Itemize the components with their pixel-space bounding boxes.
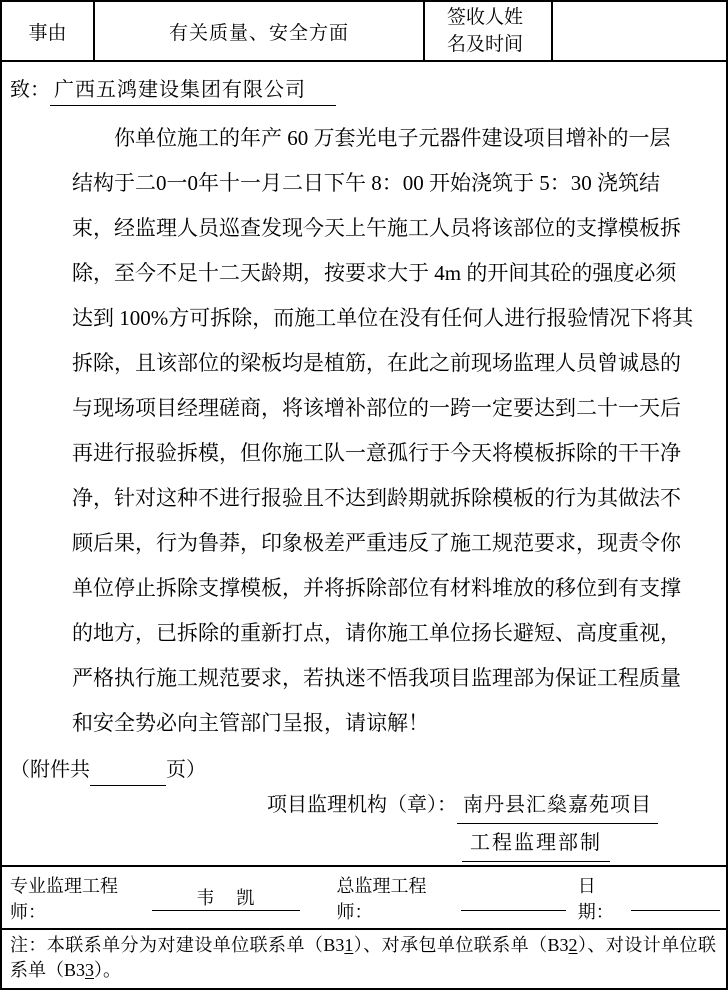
paragraph-line: 单位停止拆除支撑模板，并将拆除部位有材料堆放的移位到有支撑 — [72, 566, 660, 611]
paragraph-line: 达到 100%方可拆除，而施工单位在没有任何人进行报验情况下将其 — [72, 296, 660, 341]
recipient-label: 致： — [10, 79, 50, 101]
receiver-sign-label: 签收人姓名及时间 — [447, 4, 529, 58]
paragraph-line: 和安全势必向主管部门呈报，请谅解！ — [72, 701, 660, 746]
footnote: 注：本联系单分为对建设单位联系单（B31）、对承包单位联系单（B32）、对设计单… — [2, 928, 726, 984]
receiver-sign-value-cell — [553, 2, 726, 60]
footnote-text: ）。 — [94, 960, 121, 980]
footnote-text: 注：本联系单分为对建设单位联系单（B3 — [10, 935, 344, 955]
paragraph-line: 你单位施工的年产 60 万套光电子元器件建设项目增补的一层 — [72, 116, 660, 161]
footnote-text: ）、对承包单位联系单（B3 — [353, 935, 568, 955]
professional-engineer-signature: 韦 凯 — [152, 885, 300, 911]
signature-row: 专业监理工程师： 韦 凯 总监理工程师： 日期： — [2, 865, 726, 928]
subject-label-cell: 事由 — [2, 2, 95, 60]
date-label: 日期： — [578, 872, 631, 924]
paragraph-line: 严格执行施工规范要求，若执迷不悟我项目监理部为保证工程质量 — [72, 656, 660, 701]
paragraph-line: 与现场项目经理磋商，将该增补部位的一跨一定要达到二十一天后 — [72, 386, 660, 431]
subject-value: 有关质量、安全方面 — [169, 18, 349, 45]
recipient-company: 广西五鸿建设集团有限公司 — [50, 75, 336, 106]
paragraph-line: 束，经监理人员巡查发现今天上午施工人员将该部位的支撑模板拆 — [72, 206, 660, 251]
header-table: 事由 有关质量、安全方面 签收人姓名及时间 — [2, 2, 726, 62]
chief-engineer-signature-blank — [461, 885, 566, 911]
footnote-code-digit: 2 — [569, 935, 578, 955]
issuer-line: 项目监理机构（章）：南丹县汇燊嘉苑项目 — [2, 786, 726, 824]
attachment-pages-blank — [90, 760, 166, 786]
paragraph-line: 净，针对这种不进行报验且不达到龄期就拆除模板的行为其做法不 — [72, 476, 660, 521]
paragraph-line: 再进行报验拆模，但你施工队一意孤行于今天将模板拆除的干干净 — [72, 431, 660, 476]
notice-body: 致：广西五鸿建设集团有限公司 你单位施工的年产 60 万套光电子元器件建设项目增… — [2, 62, 726, 865]
subject-value-cell: 有关质量、安全方面 — [95, 2, 425, 60]
recipient-line: 致：广西五鸿建设集团有限公司 — [2, 74, 726, 106]
receiver-sign-label-cell: 签收人姓名及时间 — [425, 2, 553, 60]
issuer-org-dept: 工程监理部制 — [462, 825, 610, 862]
paragraph-line: 拆除，且该部位的梁板均是植筋，在此之前现场监理人员曾诚恳的 — [72, 341, 660, 386]
footnote-code-digit: 1 — [344, 935, 353, 955]
date-blank — [631, 885, 720, 911]
issuer-label: 项目监理机构（章）： — [267, 794, 457, 816]
attachment-suffix: 页） — [166, 759, 206, 781]
paragraph-line: 顾后果，行为鲁莽，印象极差严重违反了施工规范要求，现责令你 — [72, 521, 660, 566]
paragraph-line: 的地方，已拆除的重新打点，请你施工单位扬长避短、高度重视， — [72, 611, 660, 656]
supervision-notice-document: 事由 有关质量、安全方面 签收人姓名及时间 致：广西五鸿建设集团有限公司 你单位… — [0, 0, 728, 990]
notice-paragraph: 你单位施工的年产 60 万套光电子元器件建设项目增补的一层结构于二0一0年十一月… — [72, 116, 660, 746]
issuer-org-name: 南丹县汇燊嘉苑项目 — [457, 787, 658, 824]
attachment-line: （附件共页） — [2, 754, 726, 786]
attachment-prefix: （附件共 — [10, 759, 90, 781]
footnote-code-digit: 3 — [85, 960, 94, 980]
subject-label: 事由 — [28, 18, 66, 45]
chief-engineer-label: 总监理工程师： — [336, 872, 461, 924]
paragraph-line: 结构于二0一0年十一月二日下午 8：00 开始浇筑于 5：30 浇筑结 — [72, 161, 660, 206]
issuer-line-2: 工程监理部制 — [2, 824, 726, 862]
paragraph-line: 除，至今不足十二天龄期，按要求大于 4m 的开间其砼的强度必须 — [72, 251, 660, 296]
professional-engineer-label: 专业监理工程师： — [10, 872, 152, 924]
